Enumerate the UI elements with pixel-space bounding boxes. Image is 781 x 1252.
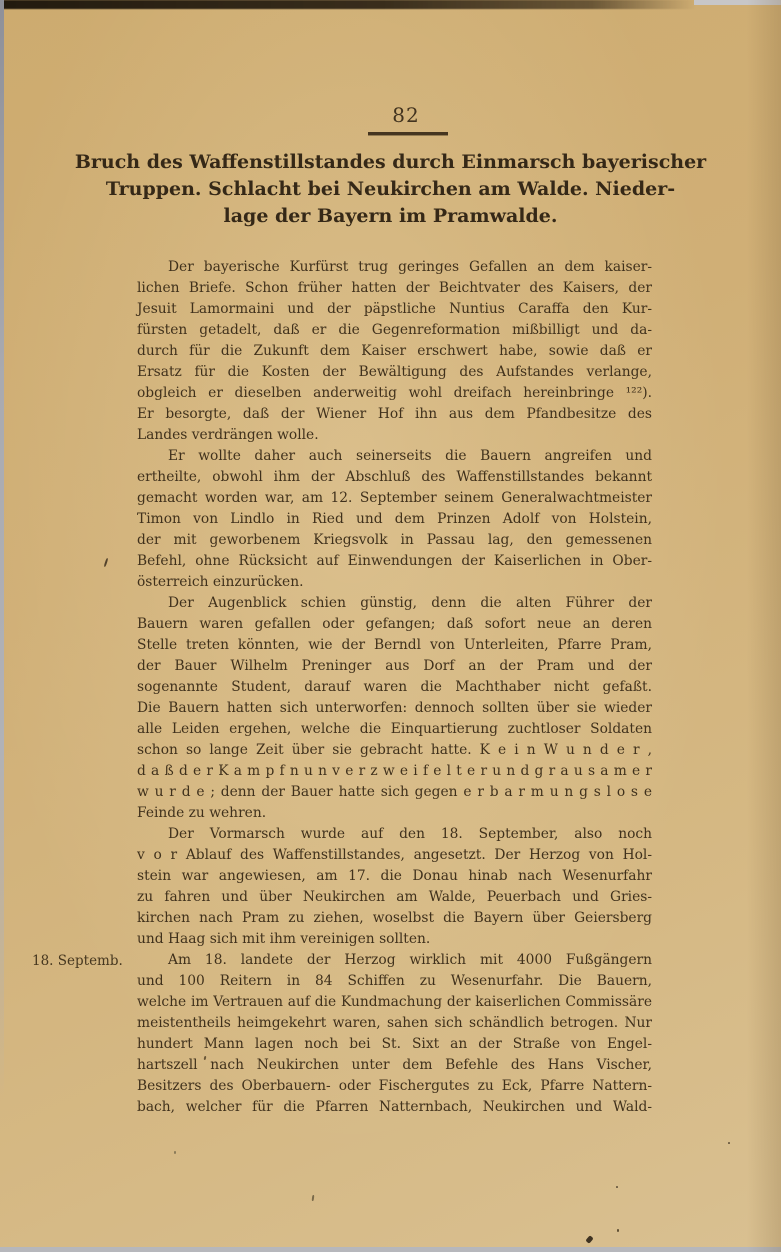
text-line: und 100 Reitern in 84 Schiffen zu Wesenu… bbox=[137, 971, 652, 992]
text-line: stein war angewiesen, am 17. die Donau h… bbox=[137, 866, 652, 887]
text-line: der Bauer Wilhelm Preninger aus Dorf an … bbox=[137, 656, 652, 677]
text-line: meistentheils heimgekehrt waren, sahen s… bbox=[137, 1013, 652, 1034]
text-line: zu fahren und über Neukirchen am Walde, … bbox=[137, 887, 652, 908]
text-line: Timon von Lindlo in Ried und dem Prinzen… bbox=[137, 509, 652, 530]
ink-speck bbox=[174, 1151, 176, 1154]
text-line: Besitzers des Oberbauern- oder Fischergu… bbox=[137, 1076, 652, 1097]
chapter-heading: Bruch des Waffenstillstandes durch Einma… bbox=[50, 149, 731, 230]
text-line: sogenannte Student, darauf waren die Mac… bbox=[137, 677, 652, 698]
text-line: schon so lange Zeit über sie gebracht ha… bbox=[137, 740, 652, 761]
text-line: Landes verdrängen wolle. bbox=[137, 425, 652, 446]
text-line: Die Bauern hatten sich unterworfen: denn… bbox=[137, 698, 652, 719]
text-line: w u r d e ; denn der Bauer hatte sich ge… bbox=[137, 782, 652, 803]
text-line: Der Augenblick schien günstig, denn die … bbox=[137, 593, 652, 614]
text-line: d a ß d e r K a m p f n u n v e r z w e … bbox=[137, 761, 652, 782]
ink-speck bbox=[585, 1235, 593, 1244]
text-line: Er wollte daher auch seinerseits die Bau… bbox=[137, 446, 652, 467]
scan-edge-bottom bbox=[0, 1247, 781, 1252]
text-line: und Haag sich mit ihm vereinigen sollten… bbox=[137, 929, 652, 950]
text-line: welche im Vertrauen auf die Kundmachung … bbox=[137, 992, 652, 1013]
heading-line: lage der Bayern im Pramwalde. bbox=[50, 203, 731, 230]
scan-edge-left bbox=[0, 0, 4, 1252]
scanned-book-page: 82 Bruch des Waffenstillstandes durch Ei… bbox=[0, 0, 781, 1252]
scan-edge-top bbox=[0, 0, 696, 9]
margin-date-note: 18. Septemb. bbox=[32, 953, 132, 969]
text-line: Jesuit Lamormaini und der päpstliche Nun… bbox=[137, 299, 652, 320]
text-line: durch für die Zukunft dem Kaiser erschwe… bbox=[137, 341, 652, 362]
page-number: 82 bbox=[0, 103, 781, 127]
text-line: lichen Briefe. Schon früher hatten der B… bbox=[137, 278, 652, 299]
text-line: ertheilte, obwohl ihm der Abschluß des W… bbox=[137, 467, 652, 488]
text-line: fürsten getadelt, daß er die Gegenreform… bbox=[137, 320, 652, 341]
text-line: hundert Mann lagen noch bei St. Sixt an … bbox=[137, 1034, 652, 1055]
heading-line: Truppen. Schlacht bei Neukirchen am Wald… bbox=[50, 176, 731, 203]
text-line: v o r Ablauf des Waffenstillstandes, ang… bbox=[137, 845, 652, 866]
text-line: bach, welcher für die Pfarren Natternbac… bbox=[137, 1097, 652, 1118]
text-line: Der bayerische Kurfürst trug geringes Ge… bbox=[137, 257, 652, 278]
ink-speck bbox=[616, 1186, 618, 1188]
text-line: Er besorgte, daß der Wiener Hof ihn aus … bbox=[137, 404, 652, 425]
heading-line: Bruch des Waffenstillstandes durch Einma… bbox=[50, 149, 731, 176]
text-line: Befehl, ohne Rücksicht auf Einwendungen … bbox=[137, 551, 652, 572]
body-text: Der bayerische Kurfürst trug geringes Ge… bbox=[137, 257, 652, 1118]
text-line: kirchen nach Pram zu ziehen, woselbst di… bbox=[137, 908, 652, 929]
text-line: gemacht worden war, am 12. September sei… bbox=[137, 488, 652, 509]
scan-shade-right bbox=[747, 0, 781, 1252]
text-line: österreich einzurücken. bbox=[137, 572, 652, 593]
text-line: hartszell nach Neukirchen unter dem Befe… bbox=[137, 1055, 652, 1076]
text-line: Am 18. landete der Herzog wirklich mit 4… bbox=[137, 950, 652, 971]
text-line: alle Leiden ergehen, welche die Einquart… bbox=[137, 719, 652, 740]
text-line: Ersatz für die Kosten der Bewältigung de… bbox=[137, 362, 652, 383]
text-line: Der Vormarsch wurde auf den 18. Septembe… bbox=[137, 824, 652, 845]
text-line: Stelle treten könnten, wie der Berndl vo… bbox=[137, 635, 652, 656]
ink-speck bbox=[312, 1195, 315, 1201]
ink-speck bbox=[104, 558, 109, 567]
text-line: der mit geworbenem Kriegsvolk in Passau … bbox=[137, 530, 652, 551]
text-line: Bauern waren gefallen oder gefangen; daß… bbox=[137, 614, 652, 635]
ink-speck bbox=[728, 1142, 730, 1144]
text-line: obgleich er dieselben anderweitig wohl d… bbox=[137, 383, 652, 404]
text-line: Feinde zu wehren. bbox=[137, 803, 652, 824]
ink-speck bbox=[617, 1229, 619, 1232]
page-number-rule bbox=[368, 132, 448, 135]
